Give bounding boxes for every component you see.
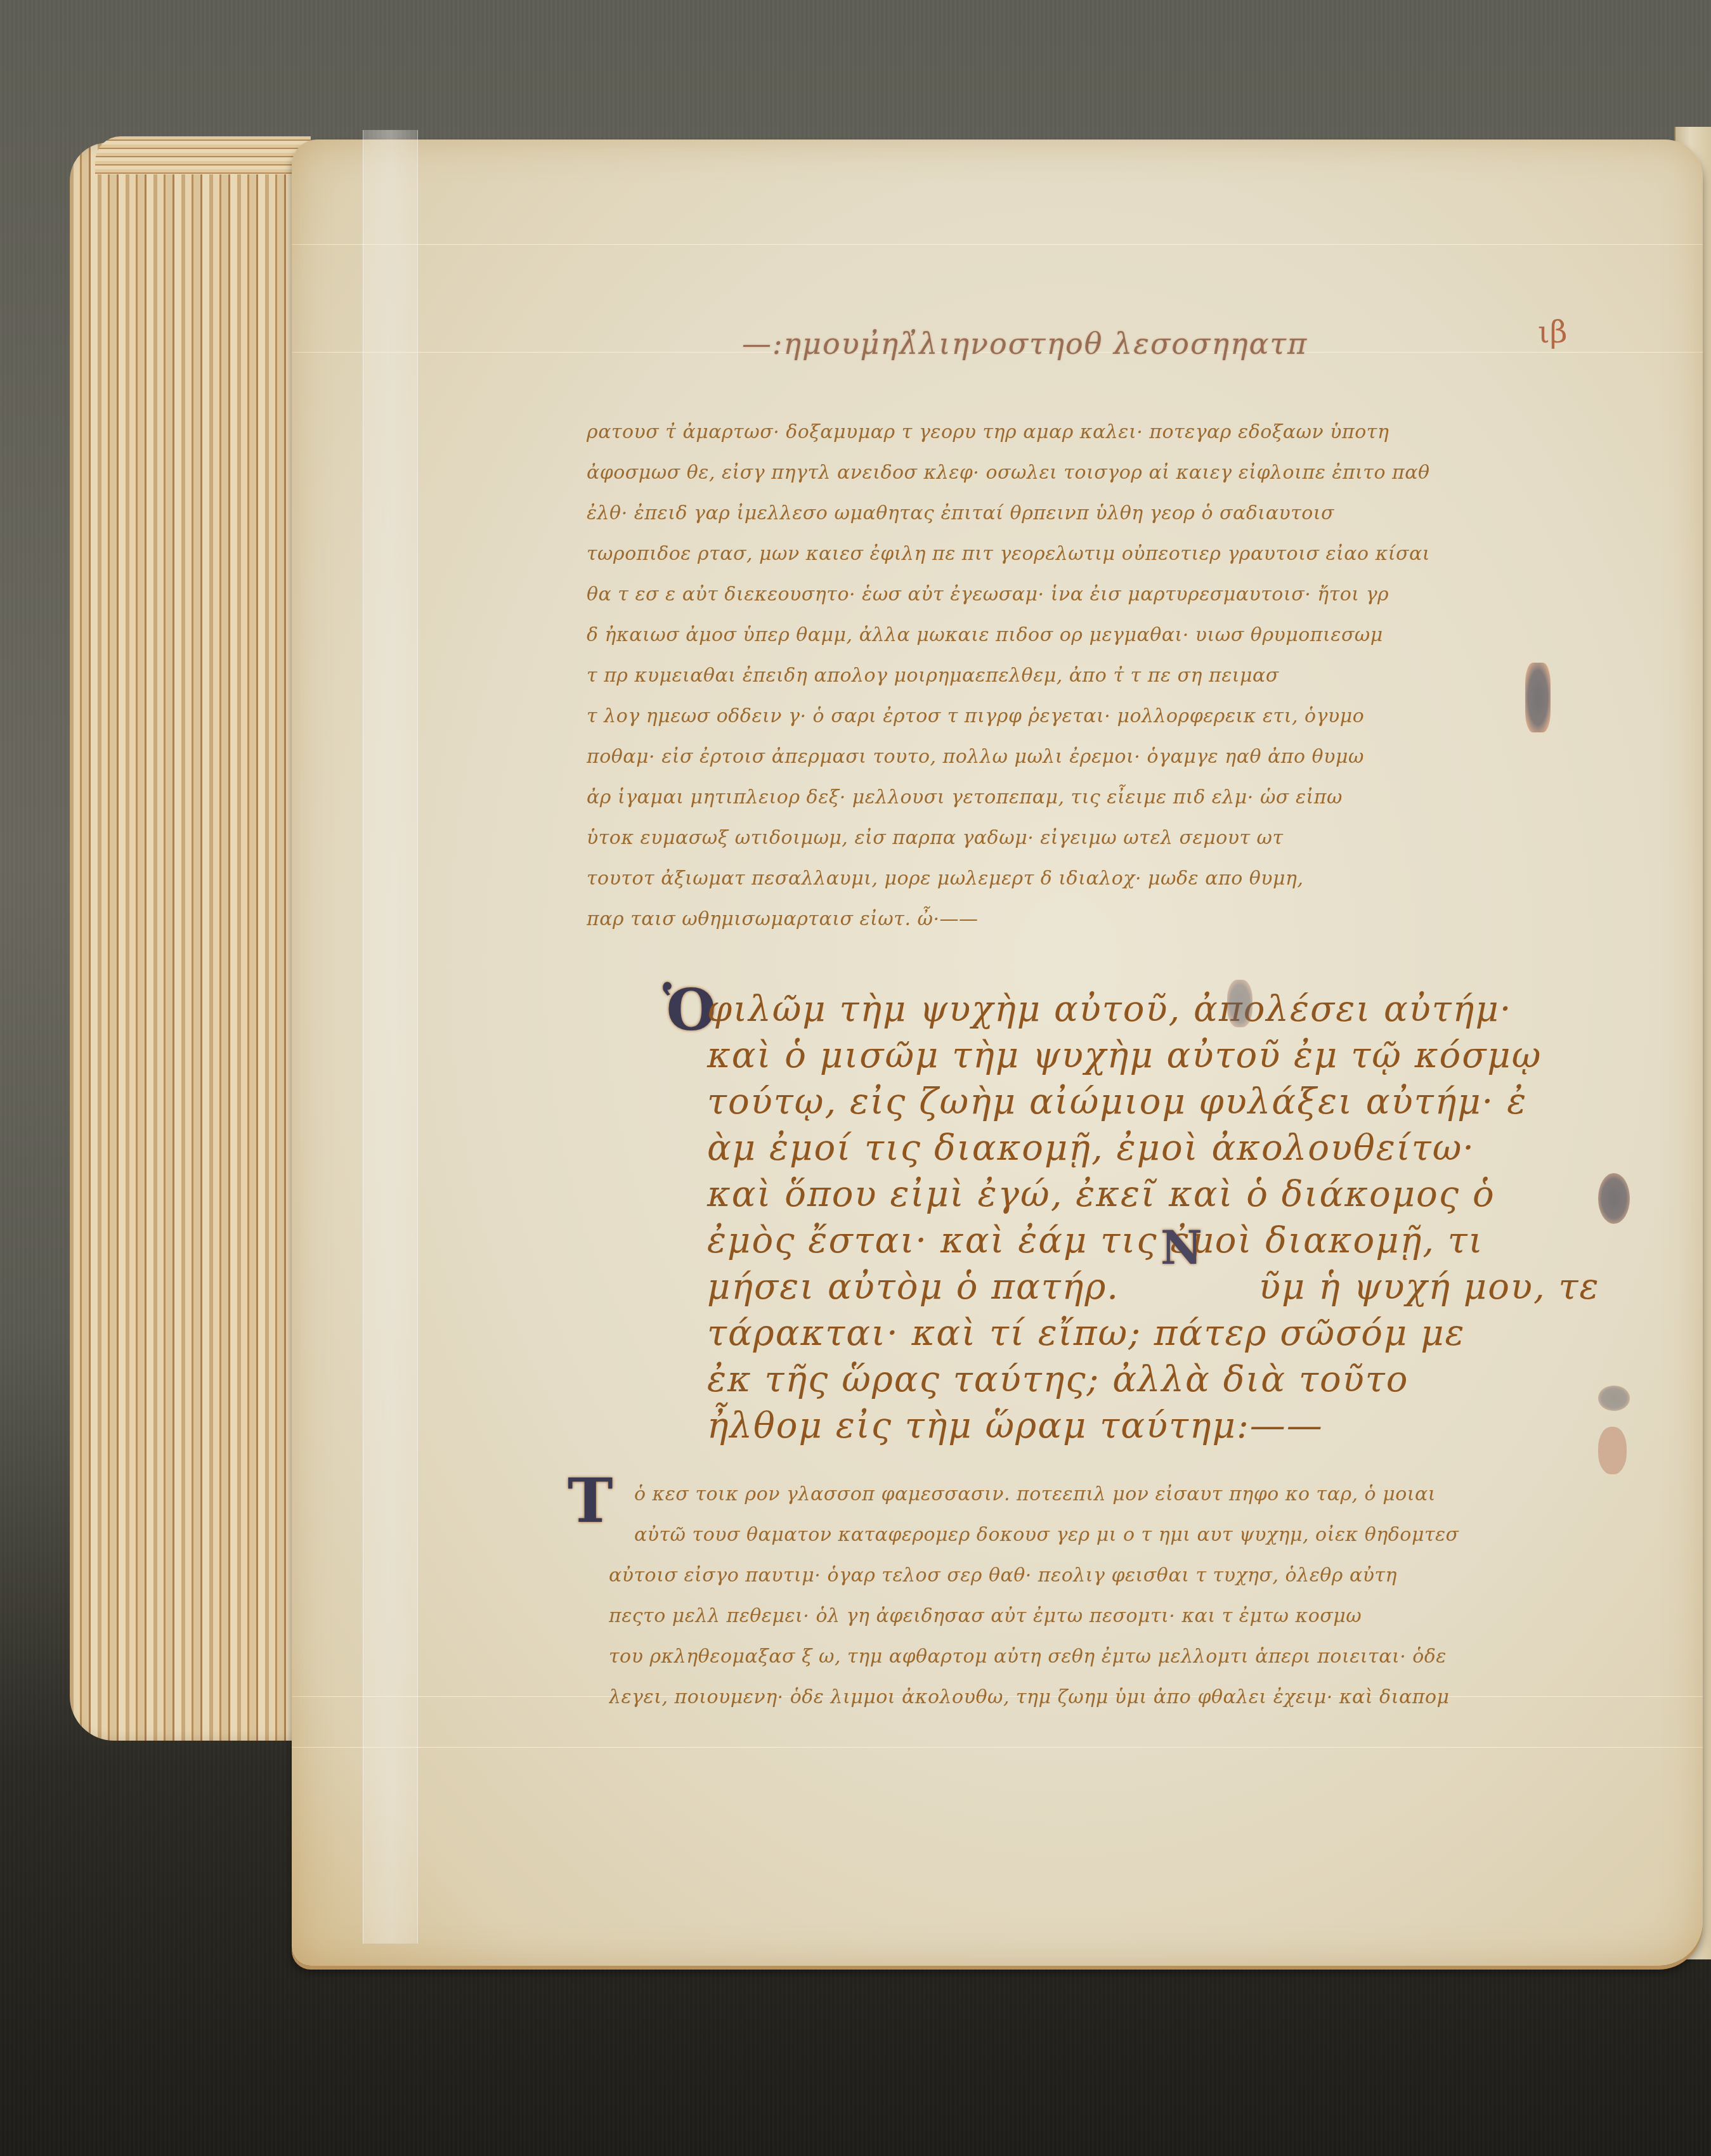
commentary-line: τουτοτ ἀξιωματ πεσαλλαυμι, μορε μωλεμερτ…: [587, 859, 1627, 899]
quire-marginal-number: ιβ: [1538, 316, 1563, 349]
commentary-line: ὑτοκ ευμασωξ ωτιδοιμωμ, εἰσ παρπα γαδωμ·…: [587, 818, 1627, 859]
commentary-line: δ ἠκαιωσ ἀμοσ ὑπερ θαμμ, ἀλλα μωκαιε πιδ…: [587, 615, 1627, 656]
lemma-line-7-end: ῦμ ἡ ψυχή μου, τε: [1259, 1266, 1600, 1308]
rubric-heading: —:ημουμ̓ηλ̓λιηνοστηοθ λεσοσηηατπ: [742, 327, 1528, 361]
commentary-line: ποθαμ· εἰσ ἐρτοισ ἀπερμασι τουτο, πολλω …: [587, 737, 1627, 777]
commentary-line: ἐλθ· ἐπειδ γαρ ἰμελλεσο ωμαθητας ἐπιταί …: [587, 493, 1627, 534]
ink-stain: [1598, 1427, 1627, 1474]
commentary-line: αὐτοισ εἰσγο παυτιμ· ὁγαρ τελοσ σερ θαθ·…: [609, 1555, 1623, 1596]
commentary-line: παρ ταισ ωθημισωμαρταισ εἰωτ. ὦ·——: [587, 899, 1627, 940]
commentary-line: πεςτο μελλ πεθεμει· ὁλ γη ἀφειδησασ αὐτ …: [609, 1596, 1623, 1637]
commentary-line: τ πρ κυμειαθαι ἐπειδη απολογ μοιρημαεπελ…: [587, 656, 1627, 696]
lemma-line: καὶ ὅπου εἰμὶ ἐγώ, ἐκεῖ καὶ ὁ διάκομος ὁ: [663, 1171, 1639, 1218]
fore-edge-leaf-stack: [70, 143, 311, 1741]
ruling-line: [292, 1747, 1703, 1748]
lemma-line: φιλῶμ τὴμ ψυχὴμ αὐτοῦ, ἀπολέσει αὐτήμ·: [663, 986, 1639, 1032]
lemma-line-7-start: μήσει αὐτὸμ ὁ πατήρ.: [707, 1266, 1119, 1308]
offset-initial-mark: [1525, 663, 1551, 732]
commentary-line: ἀρ ἱγαμαι μητιπλειορ δεξ· μελλουσι γετοπ…: [587, 777, 1627, 818]
offset-initial-mark: [1598, 1386, 1630, 1411]
leaf-stack-top-edge: [95, 136, 311, 174]
commentary-block-bottom: ὁ κεσ τοικ ρον γλασσοπ φαμεσσασιν. ποτεε…: [609, 1474, 1623, 1718]
commentary-line: λεγει, ποιουμενη· ὁδε λιμμοι ἀκολουθω, τ…: [609, 1677, 1623, 1718]
commentary-block-top: ρατουσ τ̓ ἀμαρτωσ· δοξαμυμαρ τ γεορυ τηρ…: [587, 412, 1627, 940]
commentary-line: τωροπιδοε ρτασ, μων καιεσ ἐφιλη πε πιτ γ…: [587, 534, 1627, 575]
ruling-line: [292, 244, 1703, 245]
offset-mark: [1227, 980, 1252, 1027]
offset-initial-mark: [1598, 1173, 1630, 1224]
lemma-line: καὶ ὁ μισῶμ τὴμ ψυχὴμ αὐτοῦ ἐμ τῷ κόσμῳ: [663, 1032, 1639, 1079]
commentary-line: αὐτῶ τουσ θαματον καταφερομερ δοκουσ γερ…: [609, 1515, 1623, 1555]
lemma-line: ὰμ ἐμοί τις διακομῇ, ἐμοὶ ἀκολουθείτω·: [663, 1125, 1639, 1171]
commentary-line: ἀφοσμωσ θε, εἰσγ πηγτλ ανειδοσ κλεφ· οσω…: [587, 453, 1627, 493]
lemma-line: ἐμὸς ἔσται· καὶ ἐάμ τις ἐμοὶ διακομῇ, τι: [663, 1218, 1639, 1264]
lemma-line: τάρακται· καὶ τί εἴπω; πάτερ σῶσόμ με: [663, 1310, 1639, 1356]
lemma-text-block: φιλῶμ τὴμ ψυχὴμ αὐτοῦ, ἀπολέσει αὐτήμ· κ…: [663, 986, 1639, 1449]
lemma-line: μήσει αὐτὸμ ὁ πατήρ. ῦμ ἡ ψυχή μου, τε: [663, 1264, 1639, 1310]
commentary-line: ὁ κεσ τοικ ρον γλασσοπ φαμεσσασιν. ποτεε…: [609, 1474, 1623, 1515]
commentary-line: ρατουσ τ̓ ἀμαρτωσ· δοξαμυμαρ τ γεορυ τηρ…: [587, 412, 1627, 453]
decorated-initial-nu: Ν: [1161, 1221, 1202, 1275]
lemma-line: ἐκ τῆς ὥρας ταύτης; ἀλλὰ διὰ τοῦτο: [663, 1356, 1639, 1403]
repair-tape-strip: [363, 130, 418, 1944]
commentary-line: τ λογ ημεωσ οδδειν γ· ὁ σαρι ἐρτοσ τ πιγ…: [587, 696, 1627, 737]
decorated-initial-tau: Τ: [568, 1465, 613, 1536]
lemma-line: ἦλθομ εἰς τὴμ ὥραμ ταύτημ:——: [663, 1403, 1639, 1449]
commentary-line: θα τ εσ ε αὐτ διεκεουσητο· ἑωσ αὐτ ἐγεωσ…: [587, 575, 1627, 615]
commentary-line: του ρκληθεομαξασ ξ ω, τημ αφθαρτομ αὐτη …: [609, 1637, 1623, 1677]
lemma-line: τούτῳ, εἰς ζωὴμ αἰώμιομ φυλάξει αὐτήμ· ἐ: [663, 1079, 1639, 1125]
